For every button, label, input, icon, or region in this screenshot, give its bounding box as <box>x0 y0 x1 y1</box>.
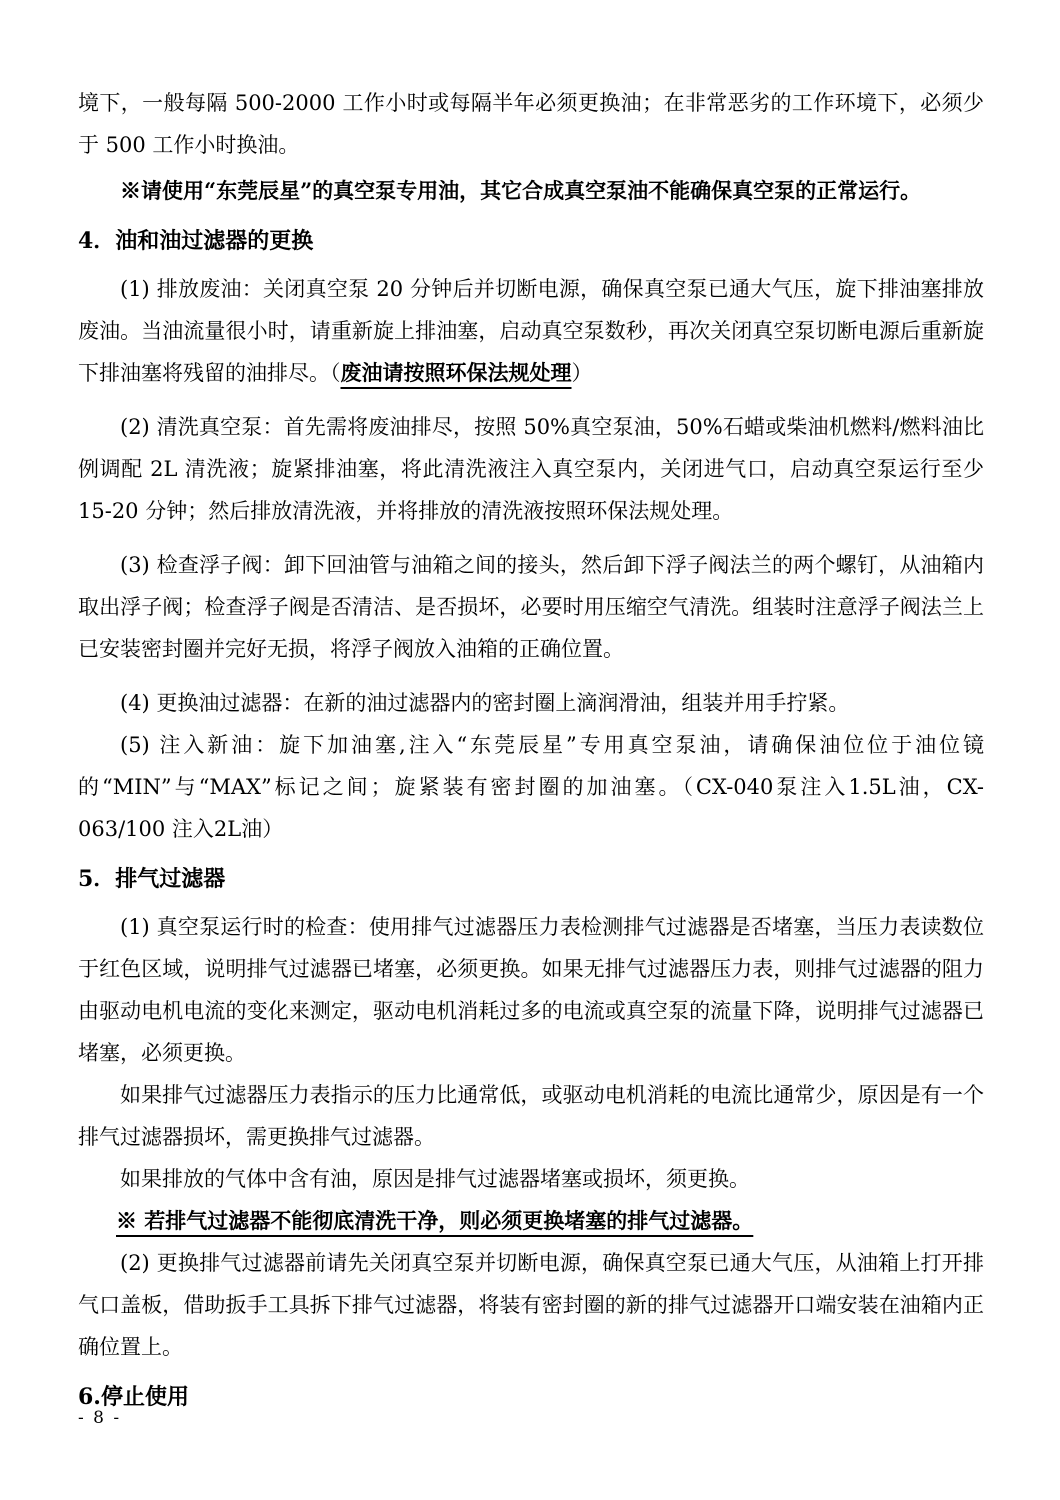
paragraph-5-fill-new-oil: (5) 注入新油：旋下加油塞,注入“东莞辰星”专用真空泵油，请确保油位位于油位镜… <box>78 724 984 850</box>
paragraph-exhaust-filter-damaged: 如果排气过滤器压力表指示的压力比通常低，或驱动电机消耗的电流比通常少，原因是有一… <box>78 1074 984 1158</box>
note-use-dedicated-oil: ※请使用“东莞辰星”的真空泵专用油，其它合成真空泵油不能确保真空泵的正常运行。 <box>78 170 984 212</box>
note-replace-clogged-exhaust-filter: ※ 若排气过滤器不能彻底清洗干净，则必须更换堵塞的排气过滤器。 <box>78 1200 984 1242</box>
paragraph-3-check-float-valve: (3) 检查浮子阀：卸下回油管与油箱之间的接头，然后卸下浮子阀法兰的两个螺钉，从… <box>78 544 984 670</box>
paragraph-replace-exhaust-filter-procedure: (2) 更换排气过滤器前请先关闭真空泵并切断电源，确保真空泵已通大气压，从油箱上… <box>78 1242 984 1368</box>
paragraph-exhaust-gas-contains-oil: 如果排放的气体中含有油，原因是排气过滤器堵塞或损坏，须更换。 <box>78 1158 984 1200</box>
paragraph-exhaust-filter-check: (1) 真空泵运行时的检查：使用排气过滤器压力表检测排气过滤器是否堵塞，当压力表… <box>78 906 984 1074</box>
section-heading-6-stop-using: 6.停止使用 <box>78 1376 984 1418</box>
section-heading-4-oil-and-filter-replacement: 4．油和油过滤器的更换 <box>78 220 984 262</box>
page-number: - 8 - <box>78 1408 121 1428</box>
section-heading-5-exhaust-filter: 5．排气过滤器 <box>78 858 984 900</box>
paragraph-2-clean-vacuum-pump: (2) 清洗真空泵：首先需将废油排尽，按照 50%真空泵油，50%石蜡或柴油机燃… <box>78 406 984 532</box>
document-page: 境下，一般每隔 500-2000 工作小时或每隔半年必须更换油；在非常恶劣的工作… <box>0 0 1060 1500</box>
paragraph-4-replace-oil-filter: (4) 更换油过滤器：在新的油过滤器内的密封圈上滴润滑油，组装并用手拧紧。 <box>78 682 984 724</box>
waste-oil-regulation-underline: 废油请按照环保法规处理 <box>341 360 572 385</box>
paragraph-1-closing-paren: ） <box>572 361 593 385</box>
paragraph-oil-change-interval: 境下，一般每隔 500-2000 工作小时或每隔半年必须更换油；在非常恶劣的工作… <box>78 82 984 166</box>
paragraph-1-drain-waste-oil: (1) 排放废油：关闭真空泵 20 分钟后并切断电源，确保真空泵已通大气压，旋下… <box>78 268 984 394</box>
